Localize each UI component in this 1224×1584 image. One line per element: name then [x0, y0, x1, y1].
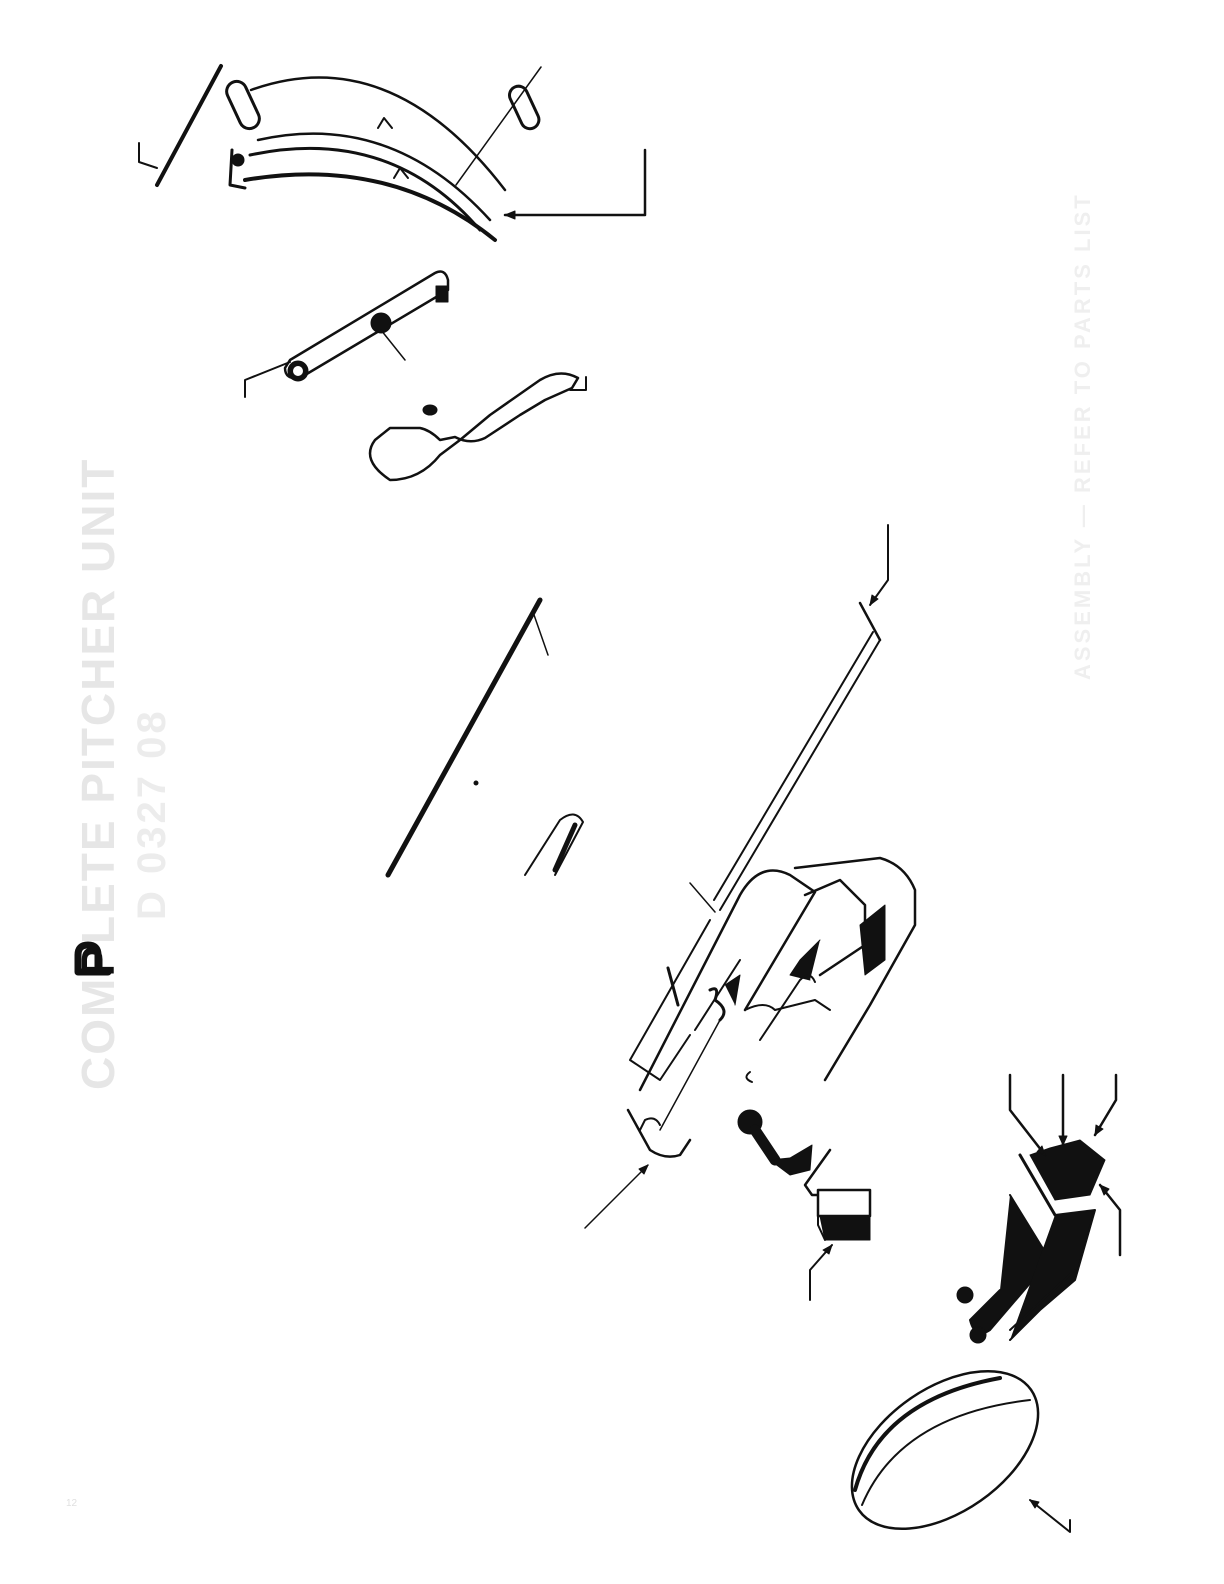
exploded-diagram — [0, 0, 1224, 1584]
lever-plate — [370, 373, 586, 480]
small-block — [805, 1150, 870, 1300]
round-cover — [823, 1339, 1070, 1561]
bracket-bar — [245, 272, 448, 397]
base-plate — [388, 525, 888, 912]
crank-handle — [738, 1110, 812, 1175]
clamp-assembly — [957, 1075, 1120, 1343]
pitcher-housing — [585, 858, 915, 1228]
curved-guide-rails — [139, 66, 645, 240]
page-number: 12 — [66, 1498, 77, 1509]
title-p-glyph — [78, 945, 108, 972]
